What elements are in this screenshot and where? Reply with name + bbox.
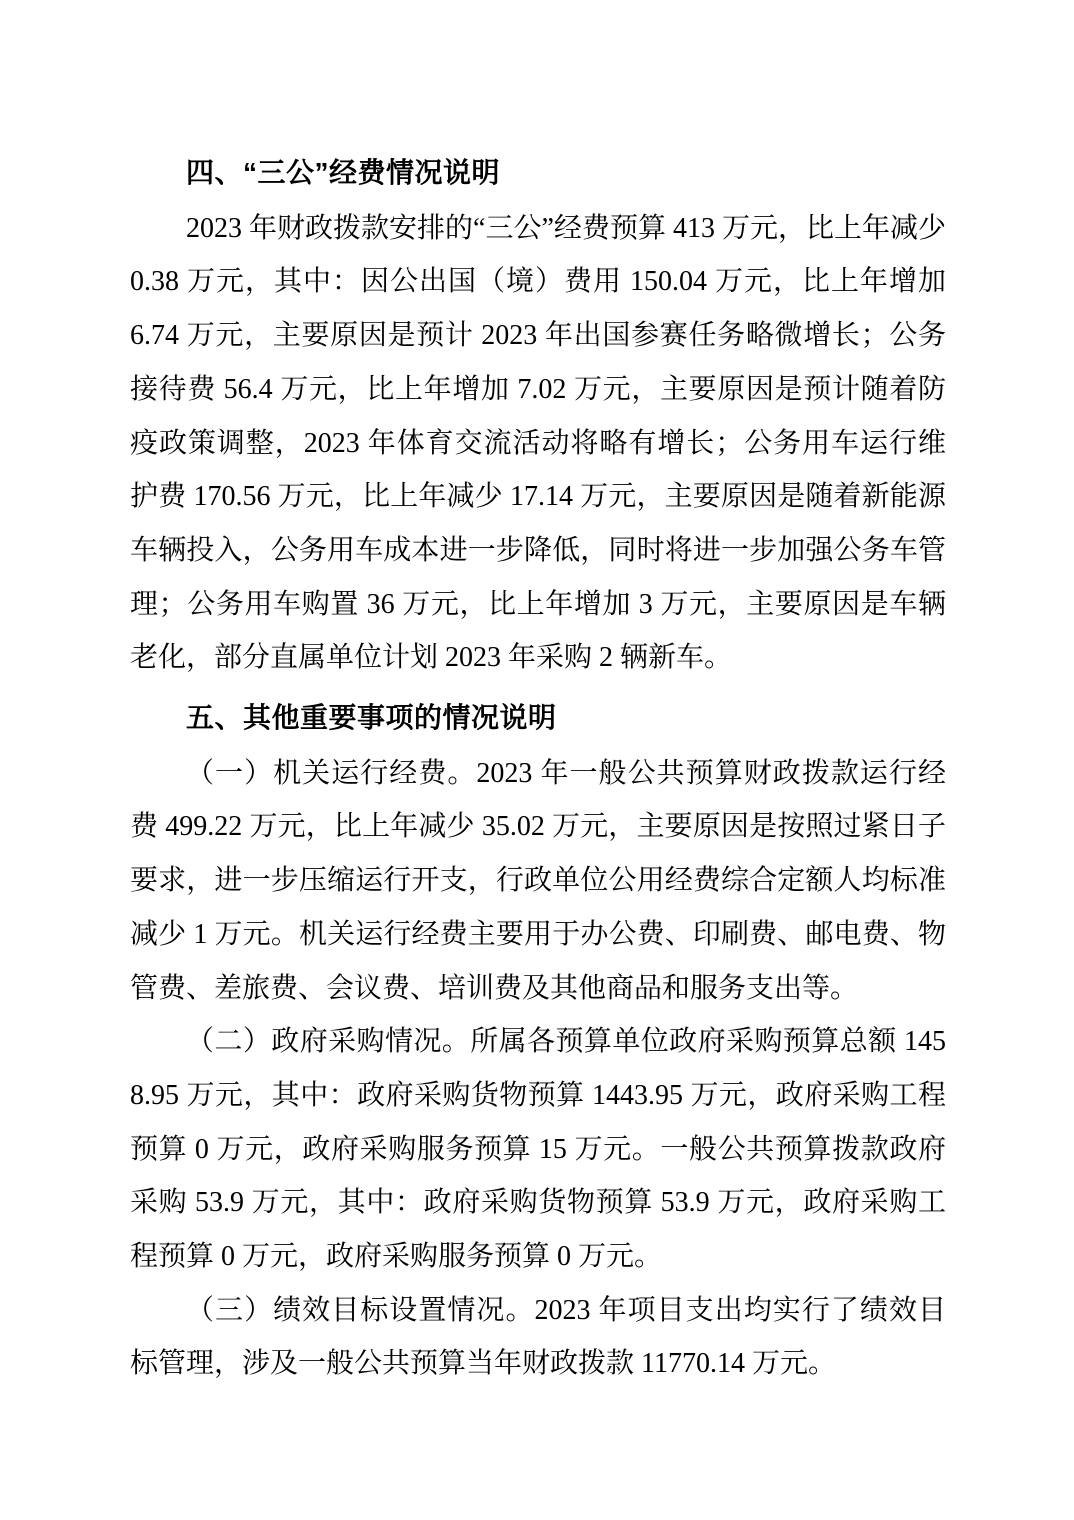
- section-heading-other-important-matters: 五、其他重要事项的情况说明: [130, 691, 946, 745]
- section-heading-san-gong-funds: 四、“三公”经费情况说明: [130, 146, 946, 200]
- paragraph-government-procurement: （二）政府采购情况。所属各预算单位政府采购预算总额 1458.95 万元，其中：…: [130, 1015, 946, 1284]
- document-body: 四、“三公”经费情况说明 2023 年财政拨款安排的“三公”经费预算 413 万…: [130, 140, 946, 1391]
- document-page: 四、“三公”经费情况说明 2023 年财政拨款安排的“三公”经费预算 413 万…: [0, 0, 1074, 1520]
- paragraph-agency-operating-expenses: （一）机关运行经费。2023 年一般公共预算财政拨款运行经费 499.22 万元…: [130, 747, 946, 1016]
- paragraph-performance-target-setting: （三）绩效目标设置情况。2023 年项目支出均实行了绩效目标管理，涉及一般公共预…: [130, 1284, 946, 1391]
- paragraph-san-gong-funds-detail: 2023 年财政拨款安排的“三公”经费预算 413 万元，比上年减少 0.38 …: [130, 202, 946, 685]
